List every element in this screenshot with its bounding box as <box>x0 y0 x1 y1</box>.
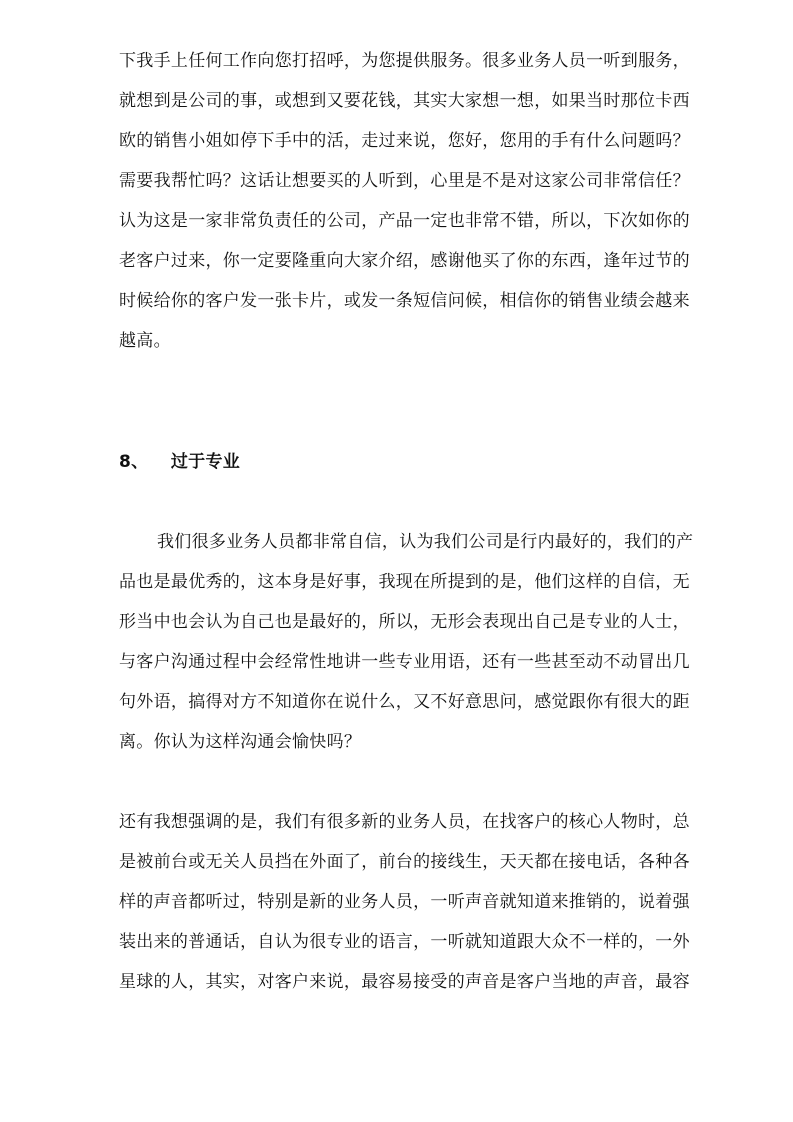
text-line: 品也是最优秀的，这本身是好事，我现在所提到的是，他们这样的自信，无 <box>119 572 690 592</box>
section-number: 8、 <box>119 452 148 472</box>
text-line: 认为这是一家非常负责任的公司，产品一定也非常不错，所以，下次如你的 <box>119 211 690 231</box>
text-line: 装出来的普通话，自认为很专业的语言，一听就知道跟大众不一样的，一外 <box>119 932 690 952</box>
text-line: 样的声音都听过，特别是新的业务人员，一听声音就知道来推销的，说着强 <box>119 892 690 912</box>
section-title: 过于专业 <box>171 452 240 472</box>
text-line: 欧的销售小姐如停下手中的活，走过来说，您好，您用的手有什么问题吗？ <box>119 131 690 151</box>
text-line: 句外语，搞得对方不知道你在说什么，又不好意思问，感觉跟你有很大的距 <box>119 692 690 712</box>
text-line: 老客户过来，你一定要隆重向大家介绍，感谢他买了你的东西，逢年过节的 <box>119 251 690 271</box>
text-line: 越高。 <box>119 331 171 351</box>
section-heading: 8、 过于专业 <box>119 452 240 472</box>
text-line: 与客户沟通过程中会经常性地讲一些专业用语，还有一些甚至动不动冒出几 <box>119 652 690 672</box>
text-line: 离。你认为这样沟通会愉快吗？ <box>119 732 361 752</box>
text-line: 就想到是公司的事，或想到又要花钱，其实大家想一想，如果当时那位卡西 <box>119 91 690 111</box>
text-line: 形当中也会认为自己也是最好的，所以，无形会表现出自己是专业的人士， <box>119 612 690 632</box>
text-line: 还有我想强调的是，我们有很多新的业务人员，在找客户的核心人物时，总 <box>119 812 690 832</box>
text-line: 星球的人，其实，对客户来说，最容易接受的声音是客户当地的声音，最容 <box>119 972 690 992</box>
text-line: 下我手上任何工作向您打招呼，为您提供服务。很多业务人员一听到服务， <box>119 51 690 71</box>
text-line: 需要我帮忙吗？这话让想要买的人听到，心里是不是对这家公司非常信任？ <box>119 171 690 191</box>
text-line: 时候给你的客户发一张卡片，或发一条短信问候，相信你的销售业绩会越来 <box>119 291 690 311</box>
text-line: 是被前台或无关人员挡在外面了，前台的接线生，天天都在接电话，各种各 <box>119 852 690 872</box>
text-line: 我们很多业务人员都非常自信，认为我们公司是行内最好的，我们的产 <box>157 532 693 552</box>
